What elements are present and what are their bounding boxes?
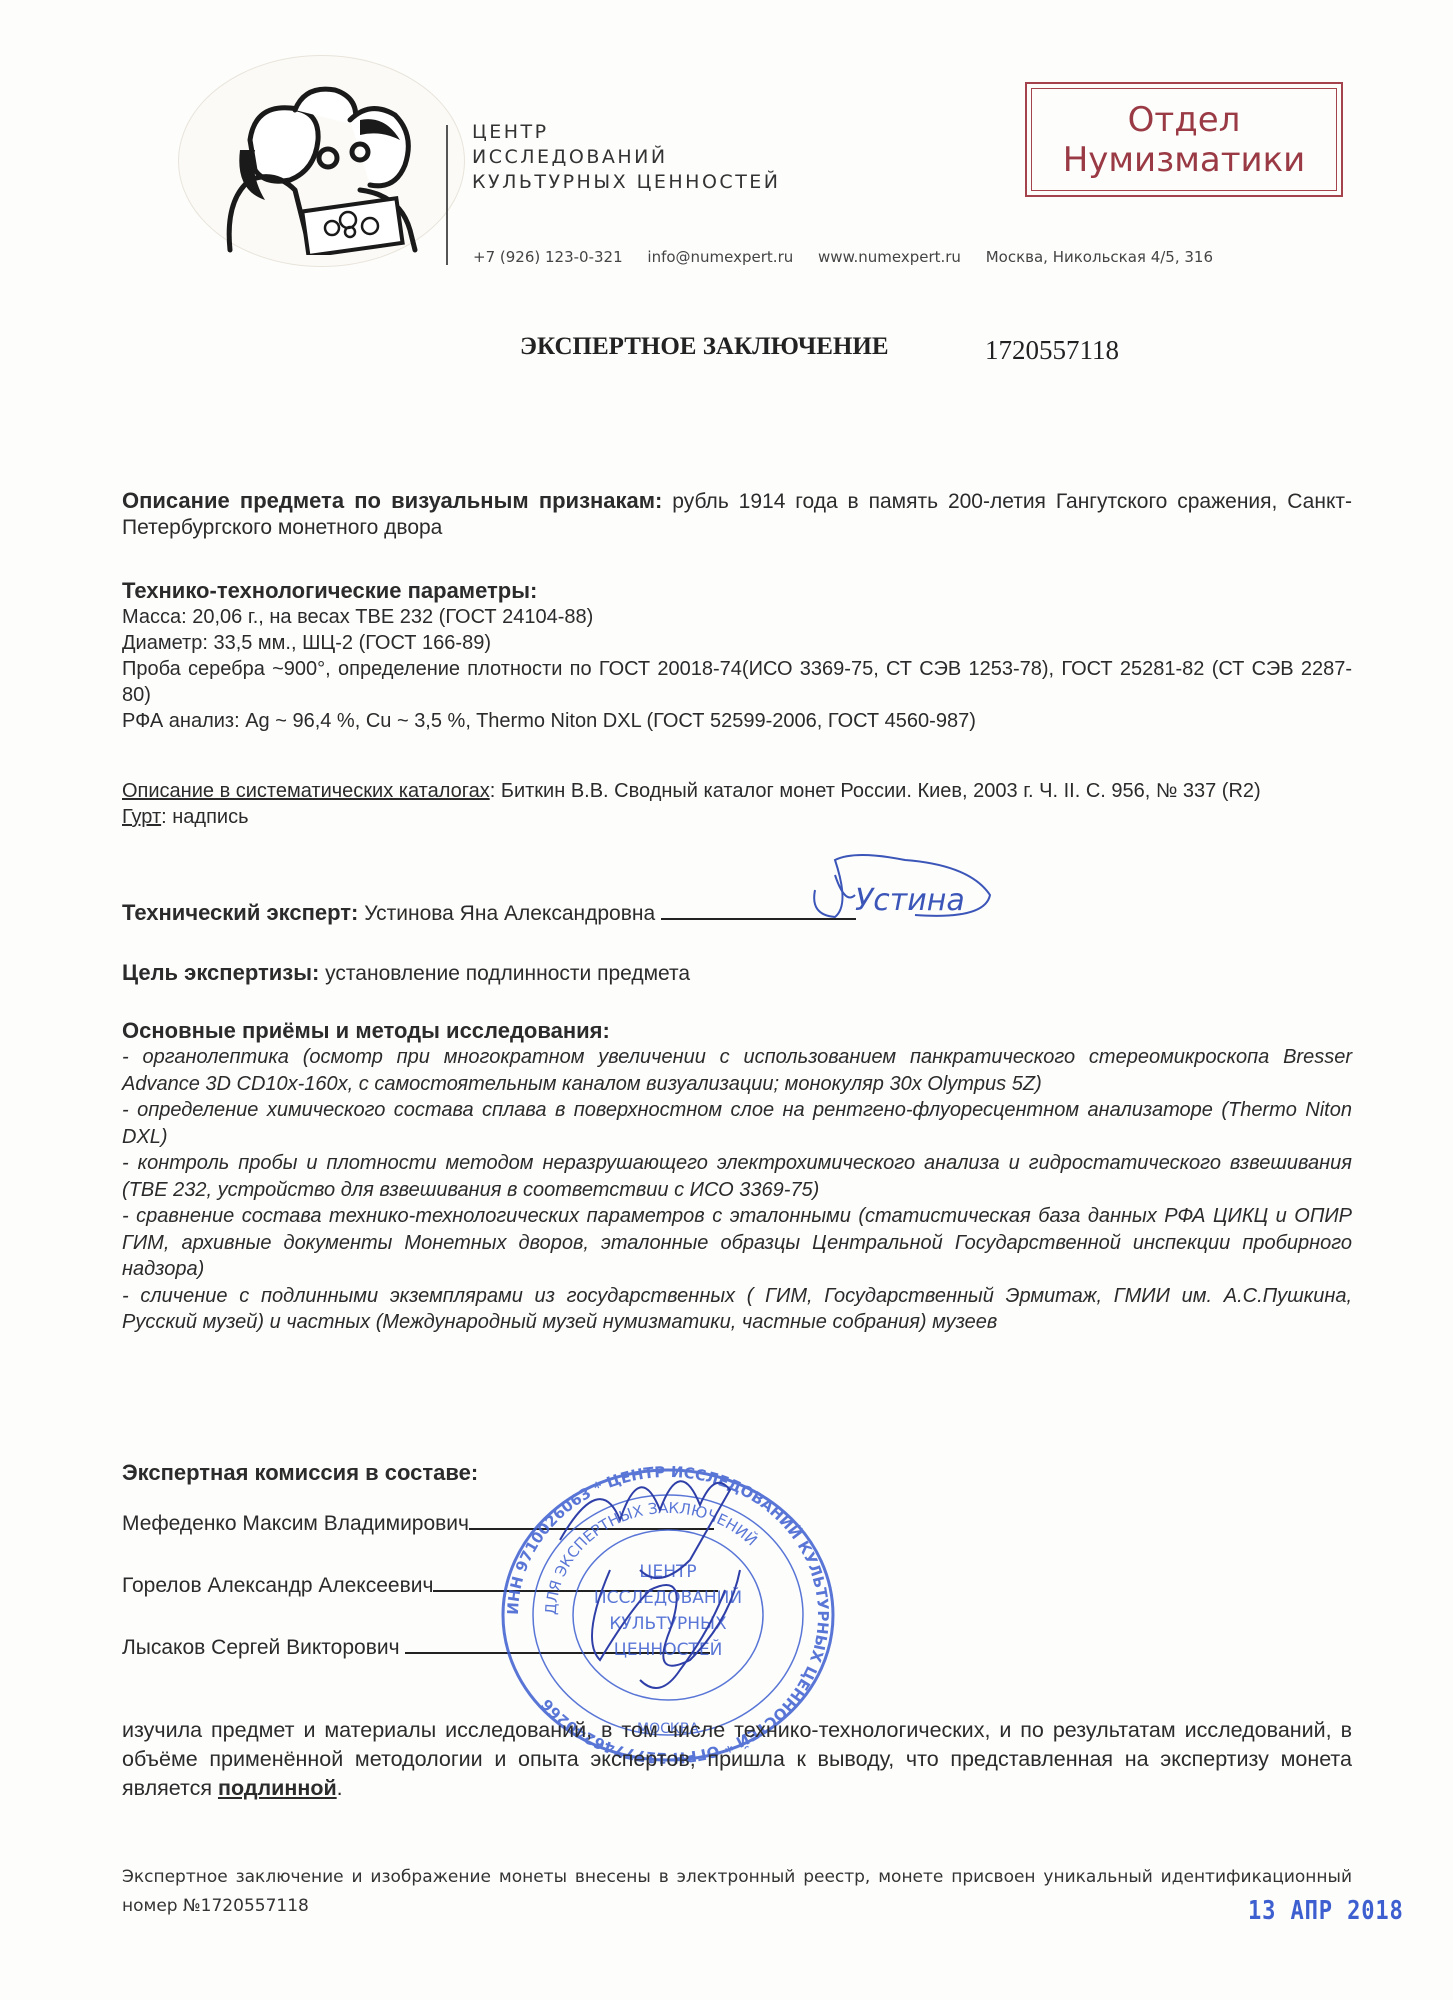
date-stamp: 13 АПР 2018: [1248, 1896, 1404, 1926]
svg-text:Устина: Устина: [855, 883, 965, 918]
phone-link[interactable]: +7 (926) 123-0-321: [473, 248, 623, 266]
contact-line: +7 (926) 123-0-321 info@numexpert.ru www…: [473, 248, 1233, 266]
description-label: Описание предмета по визуальным признака…: [122, 488, 662, 513]
edge-label: Гурт: [122, 806, 161, 828]
address-text: Москва, Никольская 4/5, 316: [986, 248, 1213, 266]
commission-signatures: [540, 1460, 810, 1720]
member-name: Мефеденко Максим Владимирович: [122, 1512, 469, 1535]
department-stamp: Отдел Нумизматики: [1025, 82, 1343, 197]
mass-line: Масса: 20,06 г., на весах ТВЕ 232 (ГОСТ …: [122, 604, 1352, 630]
organization-name: ЦЕНТР ИССЛЕДОВАНИЙ КУЛЬТУРНЫХ ЦЕННОСТЕЙ: [472, 120, 781, 195]
member-name: Горелов Александр Алексеевич: [122, 1574, 433, 1597]
registry-note: Экспертное заключение и изображение моне…: [122, 1863, 1352, 1921]
fineness-line: Проба серебра ~900°, определение плотнос…: [122, 656, 1352, 708]
verdict: подлинной: [218, 1776, 337, 1800]
method-item: - органолептика (осмотр при многократном…: [122, 1044, 1352, 1097]
header-divider: [446, 125, 448, 265]
department-stamp-line-2: Нумизматики: [1063, 140, 1306, 180]
member-name: Лысаков Сергей Викторович: [122, 1636, 400, 1659]
technical-section: Технико-технологические параметры: Масса…: [122, 578, 1352, 734]
method-item: - контроль пробы и плотности методом нер…: [122, 1150, 1352, 1203]
email-link[interactable]: info@numexpert.ru: [647, 248, 793, 266]
conclusion-section: изучила предмет и материалы исследований…: [122, 1716, 1352, 1803]
department-stamp-line-1: Отдел: [1128, 100, 1241, 140]
method-item: - сличение с подлинными экземплярами из …: [122, 1283, 1352, 1336]
technical-label: Технико-технологические параметры:: [122, 578, 1352, 604]
diameter-line: Диаметр: 33,5 мм., ШЦ-2 (ГОСТ 166-89): [122, 630, 1352, 656]
purpose-section: Цель экспертизы: установление подлинност…: [122, 960, 1352, 987]
org-name-line-3: КУЛЬТУРНЫХ ЦЕННОСТЕЙ: [472, 170, 781, 195]
method-item: - определение химического состава сплава…: [122, 1097, 1352, 1150]
website-link[interactable]: www.numexpert.ru: [818, 248, 961, 266]
expert-name: Устинова Яна Александровна: [364, 902, 655, 925]
catalog-label: Описание в систематических каталогах: [122, 780, 490, 802]
org-name-line-1: ЦЕНТР: [472, 120, 781, 145]
methods-section: Основные приёмы и методы исследования: -…: [122, 1018, 1352, 1336]
purpose-label: Цель экспертизы:: [122, 960, 319, 985]
edge-value: надпись: [172, 806, 248, 828]
catalog-section: Описание в систематических каталогах: Би…: [122, 778, 1352, 830]
purpose-value: установление подлинности предмета: [325, 962, 690, 985]
method-item: - сравнение состава технико-технологичес…: [122, 1203, 1352, 1283]
org-name-line-2: ИССЛЕДОВАНИЙ: [472, 145, 781, 170]
conclusion-end: .: [337, 1776, 343, 1800]
document-number: 1720557118: [985, 335, 1119, 366]
xrf-line: РФА анализ: Ag ~ 96,4 %, Cu ~ 3,5 %, The…: [122, 708, 1352, 734]
expert-label: Технический эксперт:: [122, 900, 358, 925]
expert-section: Технический эксперт: Устинова Яна Алекса…: [122, 898, 1352, 927]
catalog-value: Биткин В.В. Сводный каталог монет России…: [501, 780, 1261, 802]
expert-signature: Устина: [795, 845, 1005, 935]
description-section: Описание предмета по визуальным признака…: [122, 488, 1352, 541]
experts-logo-icon: [210, 80, 430, 255]
methods-label: Основные приёмы и методы исследования:: [122, 1018, 1352, 1044]
document-title: ЭКСПЕРТНОЕ ЗАКЛЮЧЕНИЕ: [520, 333, 889, 361]
